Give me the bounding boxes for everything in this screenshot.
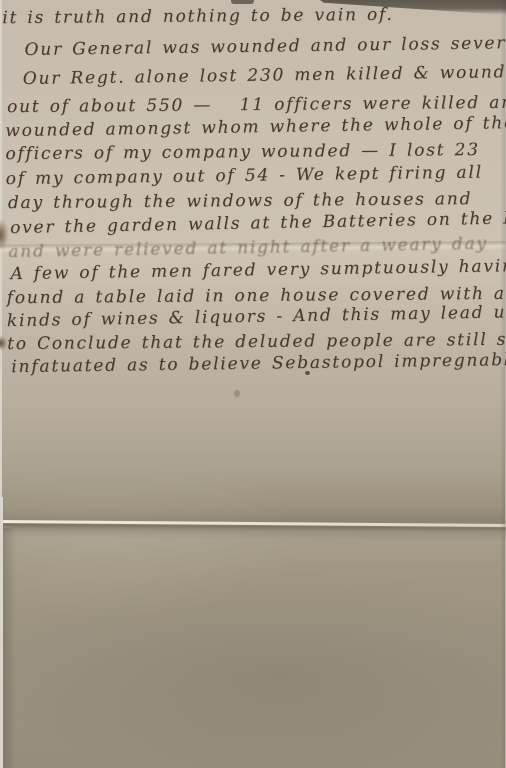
letter-line: officers of my company wounded — I lost … (5, 140, 479, 164)
speck-mark (305, 371, 310, 375)
handwritten-text: it is truth and nothing to be vain of. O… (0, 0, 506, 422)
stain-mark (0, 220, 8, 250)
letter-line: Our General was wounded and our loss sev… (24, 33, 506, 60)
letter-scan: it is truth and nothing to be vain of. O… (0, 0, 506, 768)
letter-line: of my company out of 54 - We kept firing… (6, 162, 483, 189)
letter-line: day through the windows of the houses an… (8, 189, 472, 213)
stain-mark (0, 336, 7, 350)
letter-line: infatuated as to believe Sebastopol impr… (11, 350, 506, 377)
letter-line: Our Regt. alone lost 230 men killed & wo… (23, 62, 506, 89)
letter-line: wounded amongst whom where the whole of … (5, 113, 506, 141)
paper-right-edge-shade (500, 0, 506, 768)
speck-mark (234, 390, 240, 397)
lower-leaf-left-shade (2, 528, 16, 768)
letter-line: it is truth and nothing to be vain of. (2, 5, 394, 28)
backdrop-edge (0, 497, 3, 768)
